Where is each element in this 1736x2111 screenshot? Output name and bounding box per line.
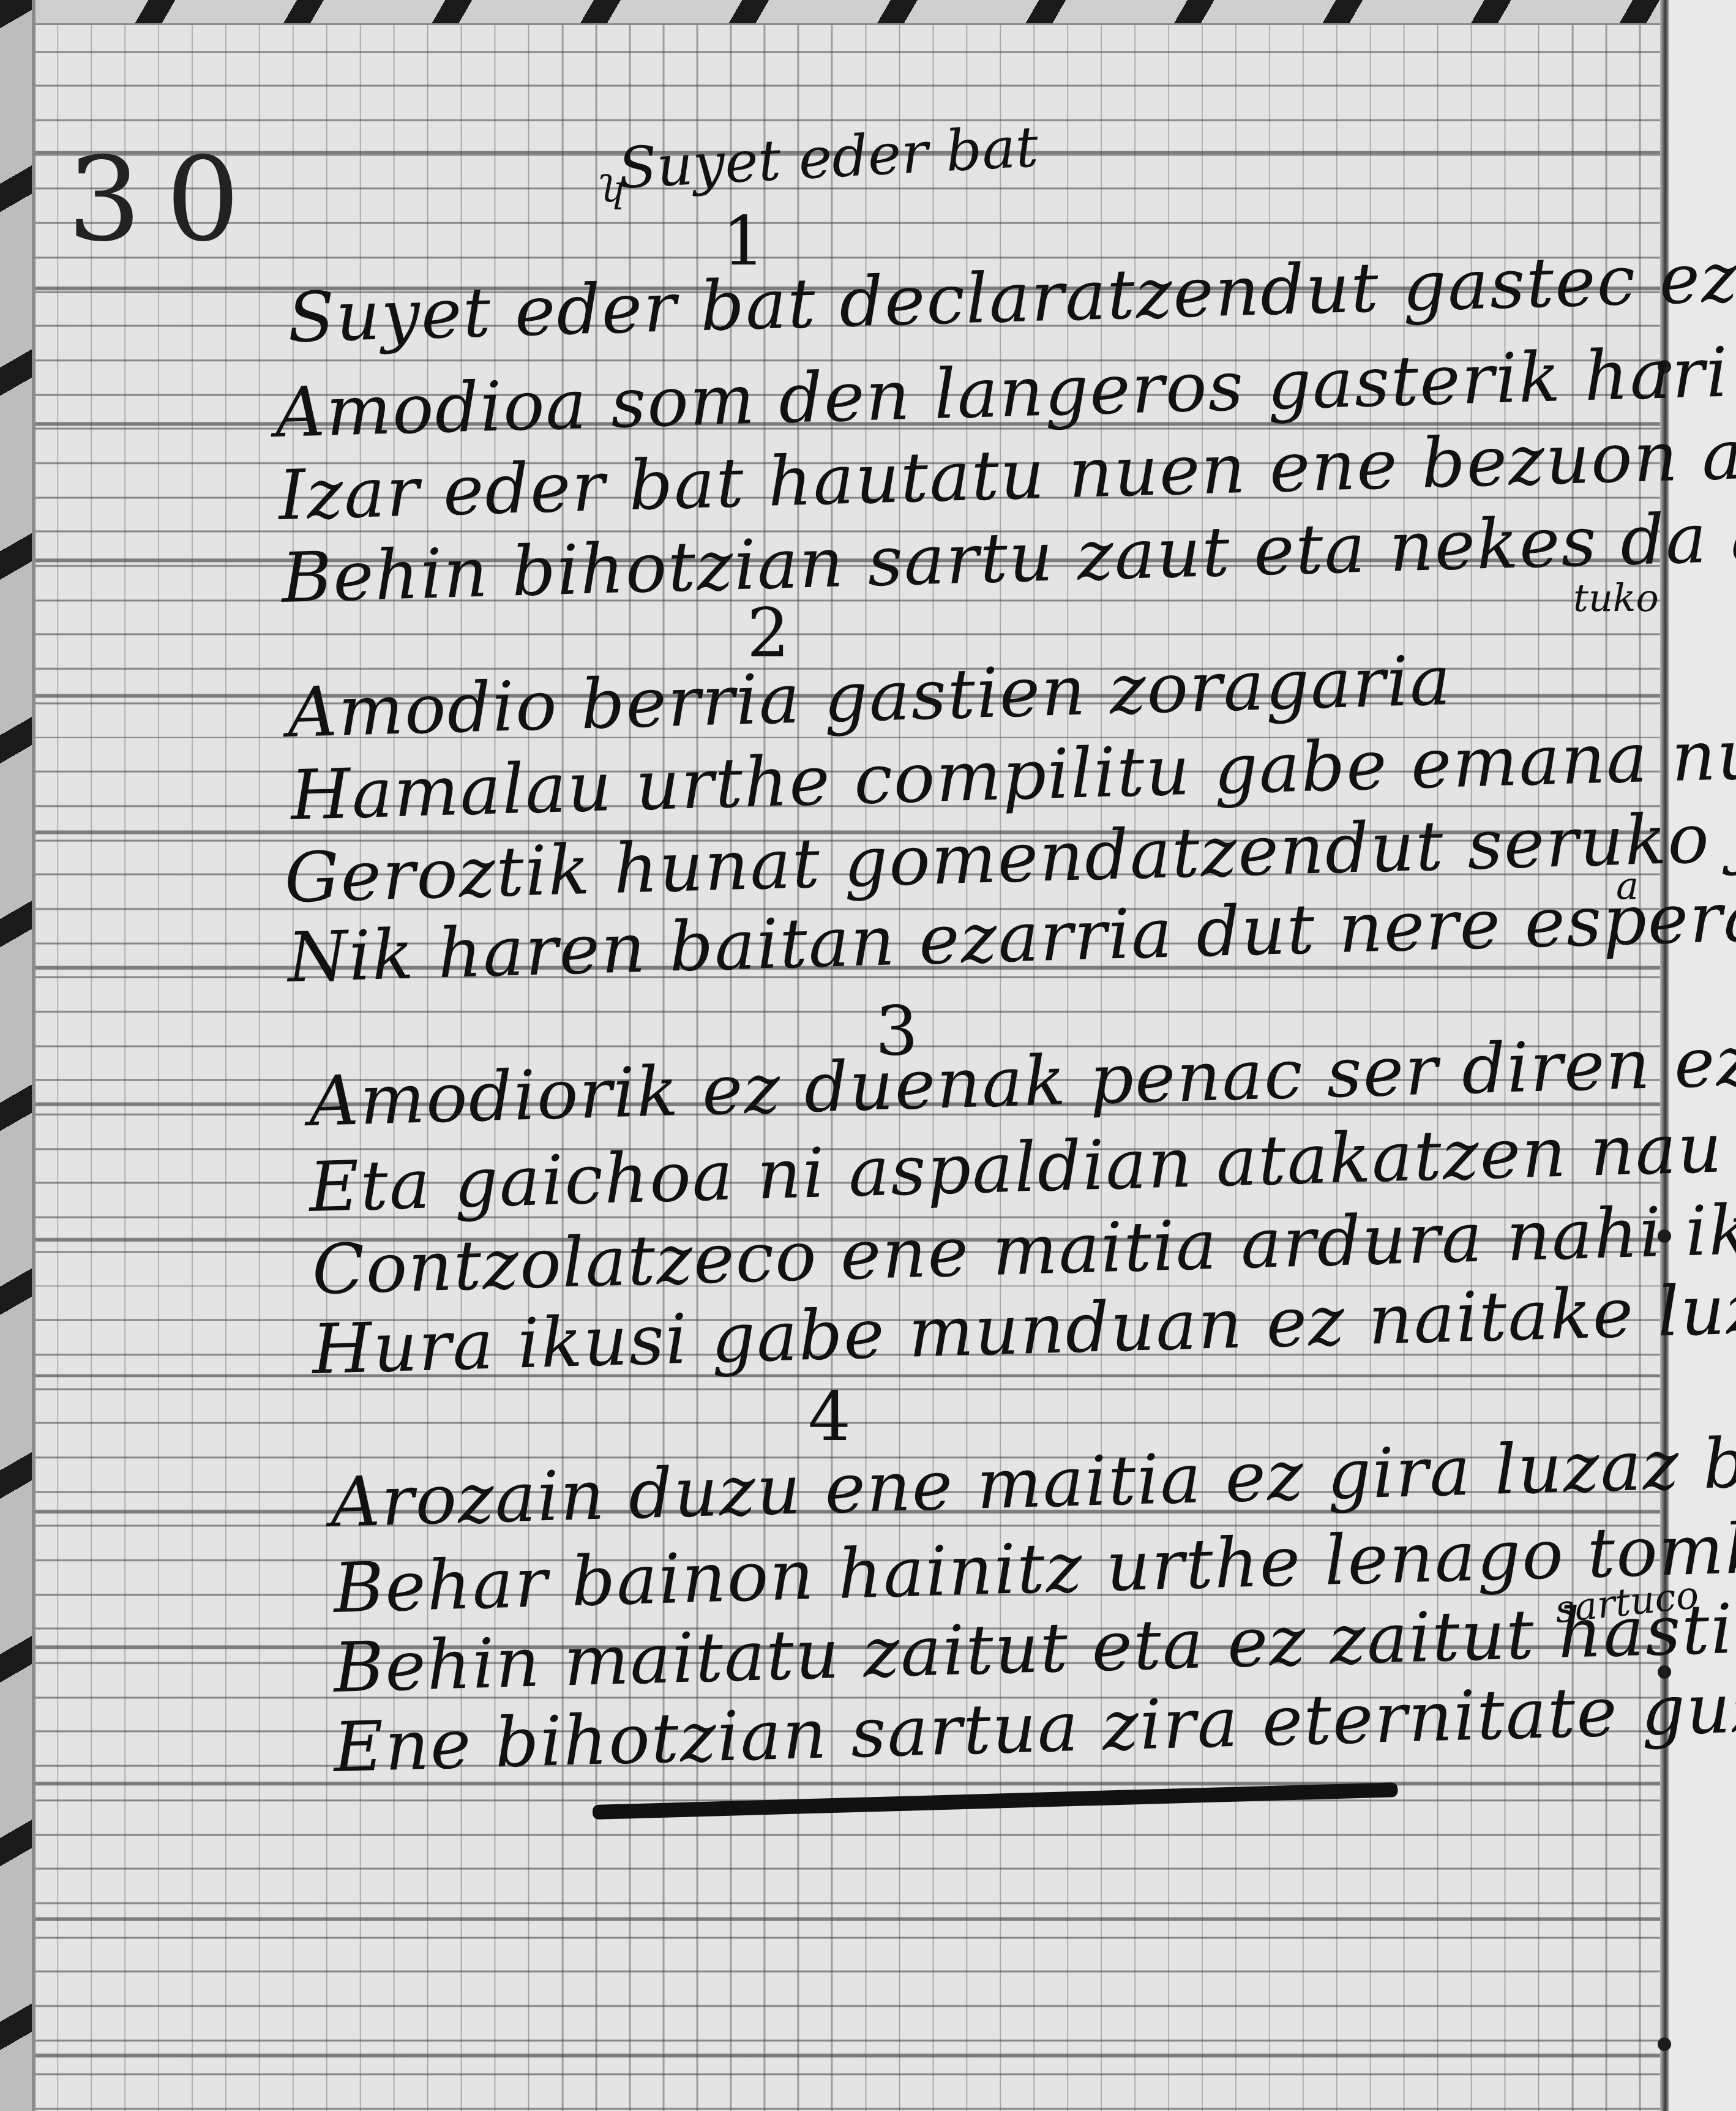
line-continuation: a: [1616, 863, 1639, 908]
page-number: 30: [67, 132, 264, 267]
notebook-binding-edge: [0, 0, 36, 2111]
line-continuation: tuko: [1573, 576, 1659, 620]
staple-icon: [1658, 2038, 1671, 2051]
stanza-number: 4: [808, 1378, 851, 1456]
notebook-top-edge: [0, 0, 1736, 25]
